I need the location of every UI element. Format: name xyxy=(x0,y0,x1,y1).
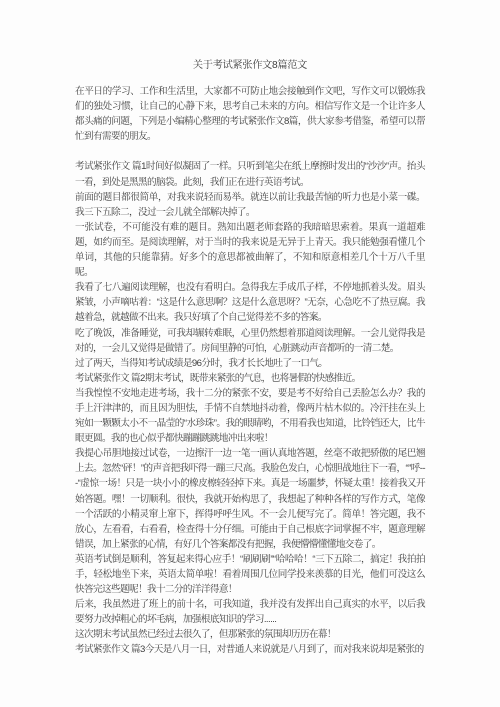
paragraph: 在平日的学习、工作和生活里，大家都不可防止地会接触到作文吧，写作文可以锻炼我们的… xyxy=(75,84,425,144)
document-page: 关于考试紧张作文8篇范文 在平日的学习、工作和生活里，大家都不可防止地会接触到作… xyxy=(0,0,500,707)
document-body: 在平日的学习、工作和生活里，大家都不可防止地会接触到作文吧，写作文可以锻炼我们的… xyxy=(75,84,425,658)
paragraph: 考试紧张作文 篇2期末考试，既带来紧张的气息，也将暑假的快感推近。 xyxy=(75,371,425,386)
paragraph: 这次期末考试虽然已经过去很久了，但那紧张的氛围却历历在幕！ xyxy=(75,627,425,642)
paragraph: 当我惶惶不安地走进考场，我十二分的紧张不安，要是考不好给自己丢脸怎么办？我的手上… xyxy=(75,386,425,446)
paragraph: 一张试卷，不可能没有难的题目。熟知出题老师套路的我暗暗思索着。果真一道超难题，如… xyxy=(75,220,425,280)
paragraph: 后来，我虽然进了班上的前十名，可我知道，我并没有发挥出自己真实的水平，以后我要努… xyxy=(75,597,425,627)
paragraph: 我看了七八遍阅读理解，也没有看明白。急得我左手成爪子样，不停地抓着头发。眉头紧皱… xyxy=(75,280,425,325)
document-title: 关于考试紧张作文8篇范文 xyxy=(75,58,425,73)
paragraph: 吃了晚饭，准备睡觉，可我却辗转难眠，心里仍然想着那道阅读理解。一会儿觉得我是对的… xyxy=(75,326,425,356)
paragraph: 英语考试倒是顺利，答复起来得心应手！“刷刷刷”“哈哈哈！“三下五除二，搞定！我拍… xyxy=(75,552,425,597)
paragraph: 我提心吊胆地接过试卷，一边擦汗一边一笔一画认真地答题，丝毫不敢把骄傲的尾巴翘上去… xyxy=(75,446,425,552)
paragraph: 考试紧张作文 篇1时间好似凝固了一样。只听到笔尖在纸上摩擦时发出的“沙沙”声。抬… xyxy=(75,159,425,189)
paragraph: 考试紧张作文 篇3今天是八月一日，对普通人来说就是八月到了，而对我来说却是紧张的 xyxy=(75,642,425,657)
paragraph: 过了两天，当得知考试成绩是96分时，我才长长地吐了一口气。 xyxy=(75,356,425,371)
paragraph: 前面的题目都很简单，对我来说轻而易举。就连以前让我最苦恼的听力也是小菜一碟。我三… xyxy=(75,190,425,220)
